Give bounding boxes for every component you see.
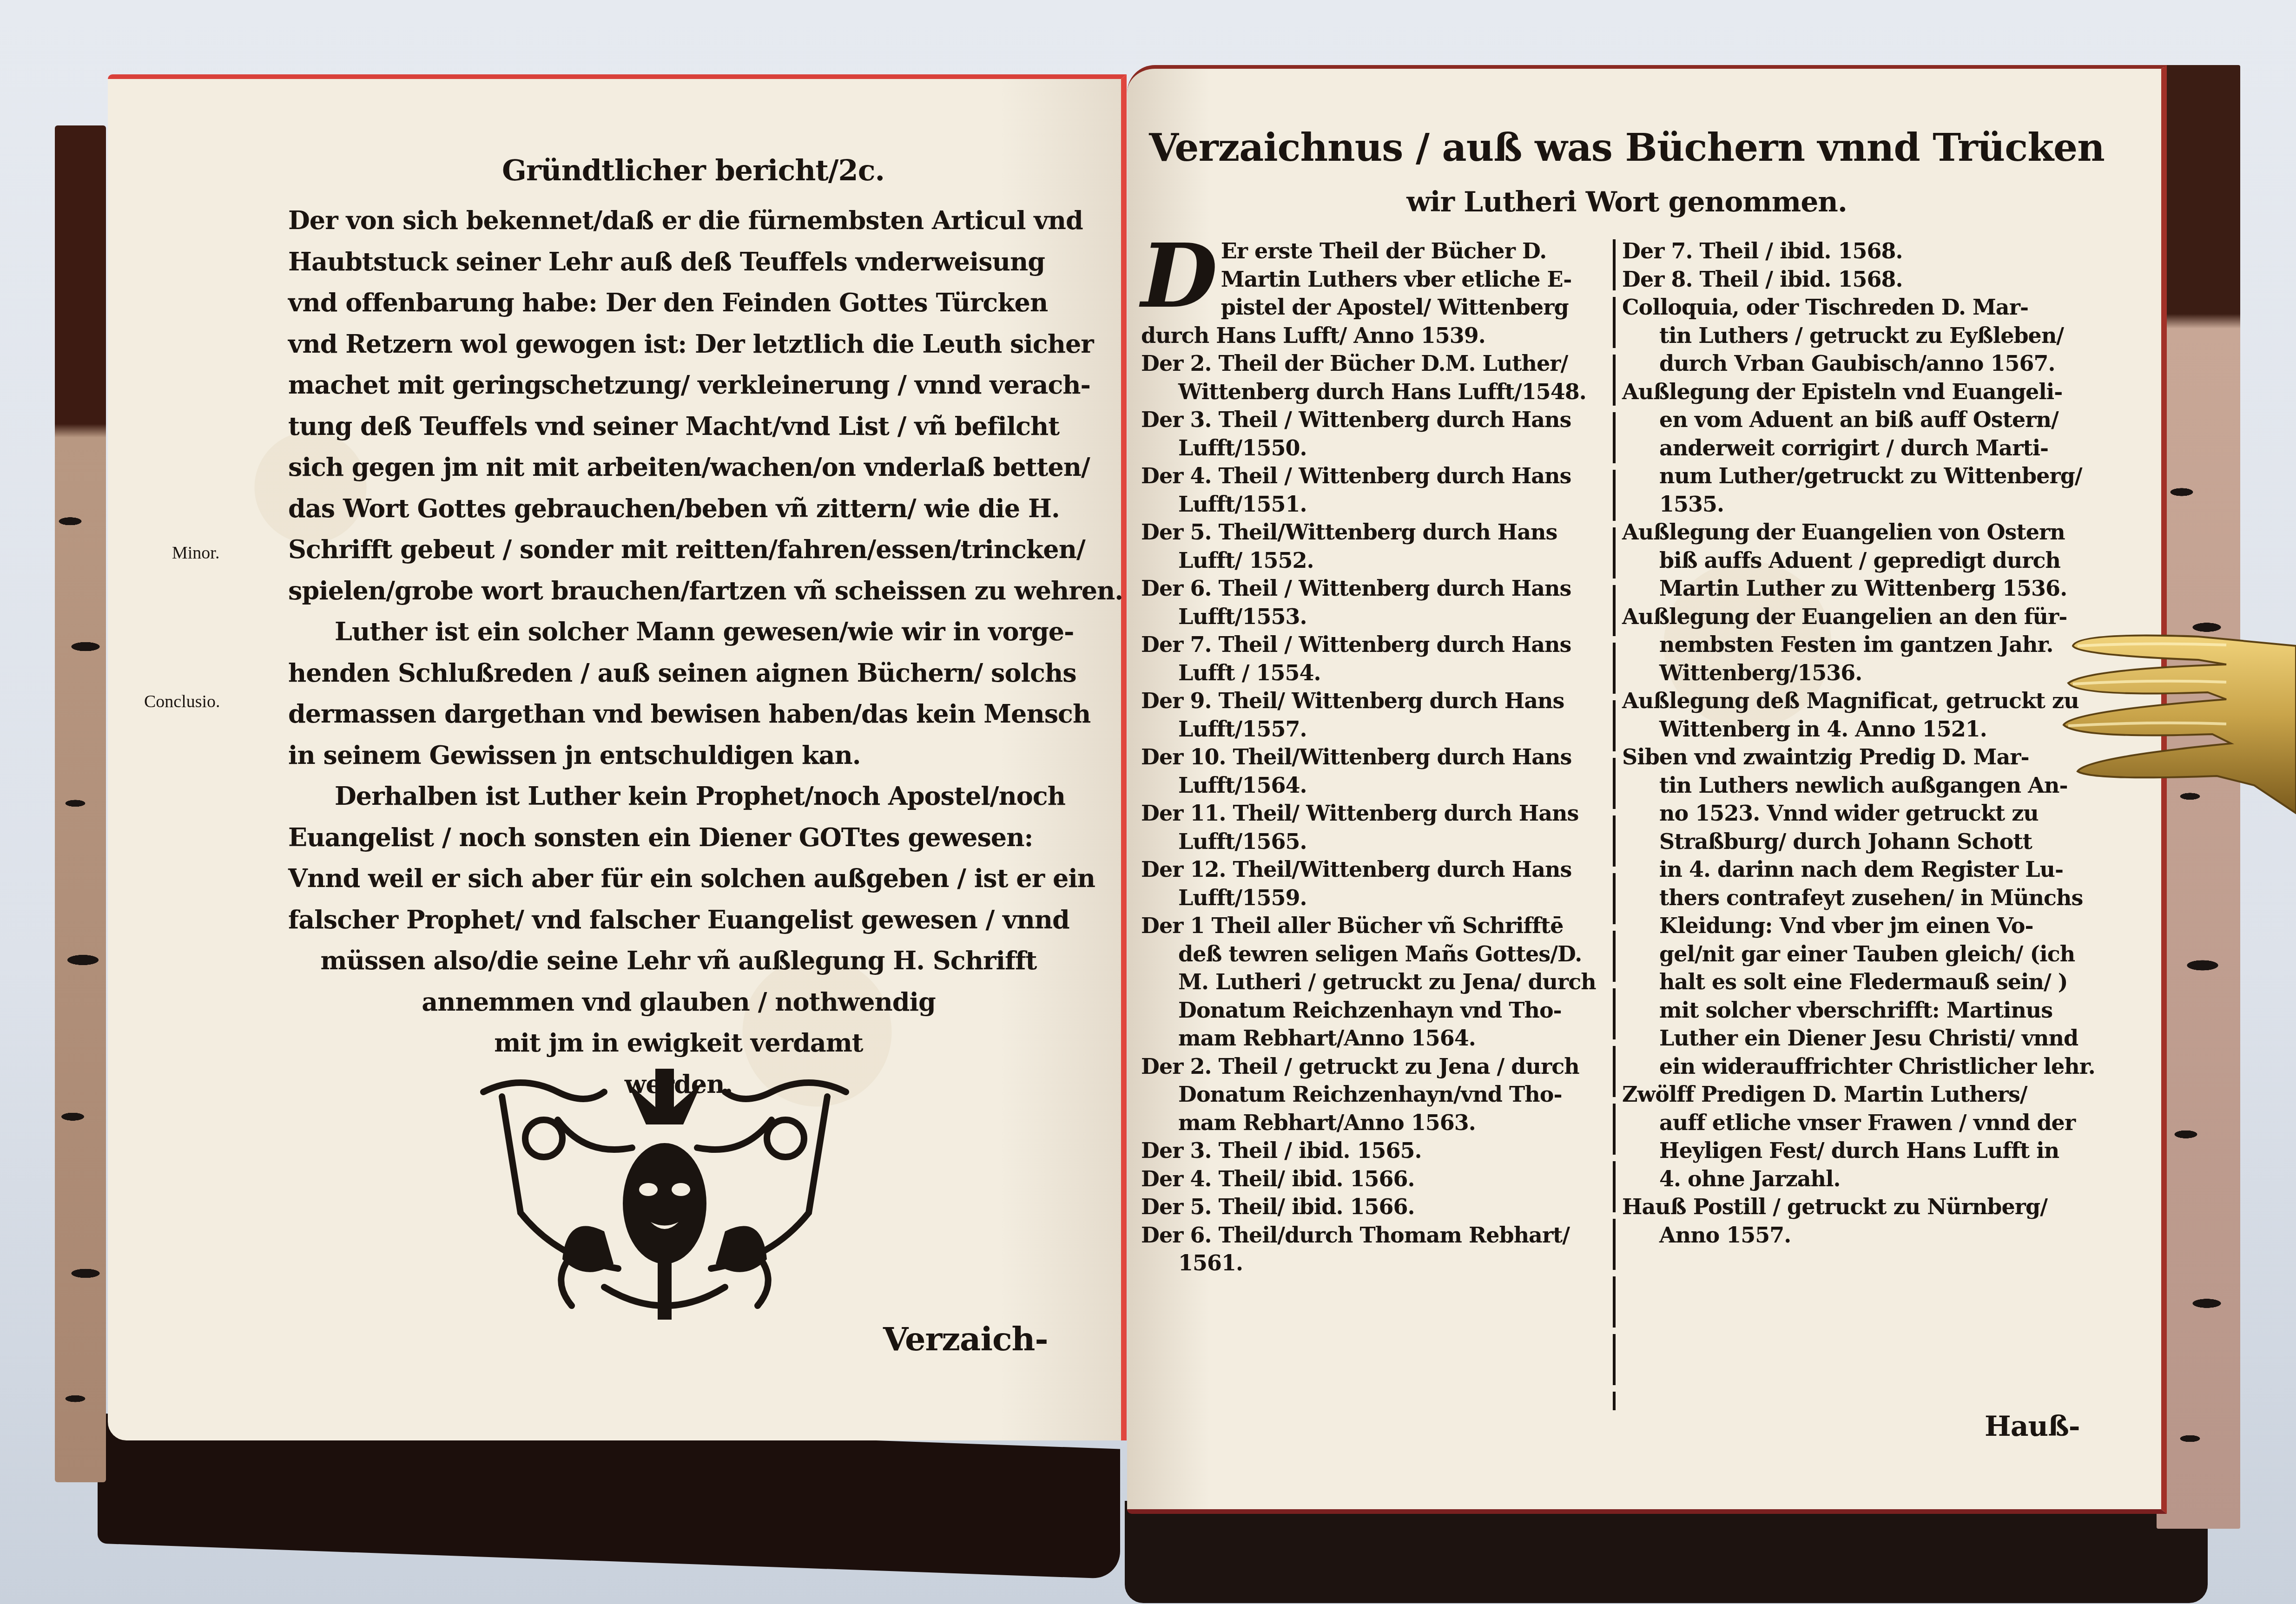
entry-line: Der 5. Theil/Wittenberg durch Hans xyxy=(1141,518,1610,546)
column-rule xyxy=(1613,239,1616,1410)
entry-line: M. Lutheri / getruckt zu Jena/ durch xyxy=(1141,968,1610,996)
entry-line: Außlegung der Episteln vnd Euangeli- xyxy=(1622,378,2105,406)
text-line: falscher Prophet/ vnd falscher Euangelis… xyxy=(288,899,1069,940)
bibliography-entry: Der 6. Theil / Wittenberg durch Hans Luf… xyxy=(1141,574,1610,631)
bibliography-entry: D Er erste Theil der Bücher D. Martin Lu… xyxy=(1141,237,1610,349)
text-line: spielen/grobe wort brauchen/fartzen vñ s… xyxy=(288,570,1069,611)
text-line: Vnnd weil er sich aber für ein solchen a… xyxy=(288,858,1069,899)
entry-line: 1535. xyxy=(1622,490,2105,519)
bibliography-entry: Zwölff Predigen D. Martin Luthers/ auff … xyxy=(1622,1080,2105,1193)
bibliography-entry: Der 5. Theil/ ibid. 1566. xyxy=(1141,1193,1610,1221)
entry-line: Lufft/1564. xyxy=(1141,771,1610,800)
entry-line: Der 12. Theil/Wittenberg durch Hans xyxy=(1141,855,1610,884)
bibliography-entry: Der 12. Theil/Wittenberg durch Hans Luff… xyxy=(1141,855,1610,912)
bibliography-entry: Der 7. Theil / ibid. 1568. xyxy=(1622,237,2105,265)
entry-line: Der 6. Theil/durch Thomam Rebhart/ xyxy=(1141,1221,1610,1249)
entry-line: en vom Aduent an biß auff Ostern/ xyxy=(1622,406,2105,434)
entry-line: Der 2. Theil / getruckt zu Jena / durch xyxy=(1141,1052,1610,1081)
bibliography-entry: Siben vnd zwaintzig Predig D. Mar- tin L… xyxy=(1622,743,2105,1080)
text-line: Luther ist ein solcher Mann gewesen/wie … xyxy=(288,611,1069,652)
entry-line: mit solcher vberschrifft: Martinus xyxy=(1622,996,2105,1025)
text-line: tung deß Teuffels vnd seiner Macht/vnd L… xyxy=(288,406,1069,447)
text-line: mit jm in ewigkeit verdamt xyxy=(288,1022,1069,1064)
text-line: vnd offenbarung habe: Der den Feinden Go… xyxy=(288,282,1069,323)
entry-line: Kleidung: Vnd vber jm einen Vo- xyxy=(1622,912,2105,940)
entry-line: Zwölff Predigen D. Martin Luthers/ xyxy=(1622,1080,2105,1109)
entry-line: tin Luthers newlich außgangen An- xyxy=(1622,771,2105,800)
entry-line: Heyligen Fest/ durch Hans Lufft in xyxy=(1622,1137,2105,1165)
entry-line: mam Rebhart/Anno 1563. xyxy=(1141,1109,1610,1137)
entry-line: Hauß Postill / getruckt zu Nürnberg/ xyxy=(1622,1193,2105,1221)
entry-line: Der 2. Theil der Bücher D.M. Luther/ xyxy=(1141,349,1610,378)
entry-line: Außlegung der Euangelien von Ostern xyxy=(1622,518,2105,546)
entry-line: Lufft/ 1552. xyxy=(1141,546,1610,575)
entry-line: Der 9. Theil/ Wittenberg durch Hans xyxy=(1141,687,1610,715)
entry-line: Der 10. Theil/Wittenberg durch Hans xyxy=(1141,743,1610,771)
entry-line: nembsten Festen im gantzen Jahr. xyxy=(1622,631,2105,659)
bibliography-entry: Außlegung der Episteln vnd Euangeli- en … xyxy=(1622,378,2105,519)
entry-line: deß tewren seligen Mañs Gottes/D. xyxy=(1141,940,1610,968)
bibliography-entry: Hauß Postill / getruckt zu Nürnberg/ Ann… xyxy=(1622,1193,2105,1249)
entry-line: halt es solt eine Fledermauß sein/ ) xyxy=(1622,968,2105,996)
entry-line: Lufft/1553. xyxy=(1141,603,1610,631)
text-line: sich gegen jm nit mit arbeiten/wachen/on… xyxy=(288,447,1069,488)
bibliography-entry: Der 7. Theil / Wittenberg durch Hans Luf… xyxy=(1141,631,1610,687)
entry-line: Der 11. Theil/ Wittenberg durch Hans xyxy=(1141,799,1610,828)
entry-line: in 4. darinn nach dem Register Lu- xyxy=(1622,855,2105,884)
entry-line: gel/nit gar einer Tauben gleich/ (ich xyxy=(1622,940,2105,968)
entry-line: durch Hans Lufft/ Anno 1539. xyxy=(1141,322,1610,350)
bibliography-entry: Der 4. Theil/ ibid. 1566. xyxy=(1141,1165,1610,1193)
book-cover-left xyxy=(55,125,106,1482)
entry-line: num Luther/getruckt zu Wittenberg/ xyxy=(1622,462,2105,490)
bibliography-entry: Außlegung der Euangelien an den für- nem… xyxy=(1622,603,2105,687)
entry-line: thers contrafeyt zusehen/ in Münchs xyxy=(1622,884,2105,912)
entry-line: Wittenberg durch Hans Lufft/1548. xyxy=(1141,378,1610,406)
entry-line: Der 4. Theil/ ibid. 1566. xyxy=(1141,1165,1610,1193)
bibliography-entry: Außlegung der Euangelien von Ostern biß … xyxy=(1622,518,2105,603)
entry-line: Anno 1557. xyxy=(1622,1221,2105,1249)
bibliography-entry: Der 4. Theil / Wittenberg durch Hans Luf… xyxy=(1141,462,1610,518)
entry-line: biß auffs Aduent / gepredigt durch xyxy=(1622,546,2105,575)
book-shadow-right xyxy=(1125,1501,2208,1603)
bibliography-entry: Der 8. Theil / ibid. 1568. xyxy=(1622,265,2105,294)
entry-line: Der 6. Theil / Wittenberg durch Hans xyxy=(1141,574,1610,603)
entry-line: Donatum Reichzenhayn/vnd Tho- xyxy=(1141,1080,1610,1109)
text-line: Haubtstuck seiner Lehr auß deß Teuffels … xyxy=(288,241,1069,283)
entry-line: Lufft/1557. xyxy=(1141,715,1610,743)
left-catchword: Verzaich- xyxy=(883,1320,1048,1358)
entry-line: 1561. xyxy=(1141,1249,1610,1277)
bibliography-entry: Colloquia, oder Tischreden D. Mar- tin L… xyxy=(1622,293,2105,378)
text-line: Derhalben ist Luther kein Prophet/noch A… xyxy=(288,776,1069,817)
entry-line: Donatum Reichzenhayn vnd Tho- xyxy=(1141,996,1610,1025)
drop-cap-initial: D xyxy=(1141,239,1217,313)
bibliography-entry: Der 11. Theil/ Wittenberg durch Hans Luf… xyxy=(1141,799,1610,855)
entry-line: Der 3. Theil / ibid. 1565. xyxy=(1141,1137,1610,1165)
entry-line: Der 4. Theil / Wittenberg durch Hans xyxy=(1141,462,1610,490)
bibliography-entry: Der 1 Theil aller Bücher vñ Schrifftē de… xyxy=(1141,912,1610,1052)
brass-hand-page-holder-icon xyxy=(2059,618,2296,836)
entry-line: Siben vnd zwaintzig Predig D. Mar- xyxy=(1622,743,2105,771)
entry-line: Lufft/1551. xyxy=(1141,490,1610,519)
entry-line: mam Rebhart/Anno 1564. xyxy=(1141,1024,1610,1052)
text-line: machet mit geringschetzung/ verkleinerun… xyxy=(288,364,1069,406)
entry-line: durch Vrban Gaubisch/anno 1567. xyxy=(1622,349,2105,378)
text-line: Euangelist / noch sonsten ein Diener GOT… xyxy=(288,817,1069,858)
entry-line: Der 8. Theil / ibid. 1568. xyxy=(1622,265,2105,294)
entry-line: auff etliche vnser Frawen / vnnd der xyxy=(1622,1109,2105,1137)
margin-note-minor: Minor. xyxy=(172,543,219,563)
entry-line: Lufft/1565. xyxy=(1141,828,1610,856)
entry-line: Außlegung deß Magnificat, getruckt zu xyxy=(1622,687,2105,715)
entry-line: no 1523. Vnnd wider getruckt zu xyxy=(1622,799,2105,828)
entry-line: Wittenberg/1536. xyxy=(1622,659,2105,687)
bibliography-entry: Außlegung deß Magnificat, getruckt zu Wi… xyxy=(1622,687,2105,743)
entry-line: Der 7. Theil / ibid. 1568. xyxy=(1622,237,2105,265)
bibliography-column-left: D Er erste Theil der Bücher D. Martin Lu… xyxy=(1141,237,1610,1277)
text-line: müssen also/die seine Lehr vñ außlegung … xyxy=(288,940,1069,981)
right-catchword: Hauß- xyxy=(1985,1410,2080,1443)
entry-line: 4. ohne Jarzahl. xyxy=(1622,1165,2105,1193)
left-running-head: Gründtlicher bericht/2c. xyxy=(502,153,884,187)
entry-line: Lufft / 1554. xyxy=(1141,659,1610,687)
bibliography-entry: Der 3. Theil / Wittenberg durch Hans Luf… xyxy=(1141,406,1610,462)
entry-line: Der 3. Theil / Wittenberg durch Hans xyxy=(1141,406,1610,434)
text-line: Der von sich bekennet/daß er die fürnemb… xyxy=(288,200,1069,241)
bibliography-entry: Der 10. Theil/Wittenberg durch Hans Luff… xyxy=(1141,743,1610,799)
text-line: vnd Retzern wol gewogen ist: Der letztli… xyxy=(288,323,1069,365)
entry-line: Lufft/1559. xyxy=(1141,884,1610,912)
bibliography-entry: Der 3. Theil / ibid. 1565. xyxy=(1141,1137,1610,1165)
bibliography-entry: Der 9. Theil/ Wittenberg durch Hans Luff… xyxy=(1141,687,1610,743)
bibliography-entry: Der 2. Theil der Bücher D.M. Luther/ Wit… xyxy=(1141,349,1610,406)
entry-line: Colloquia, oder Tischreden D. Mar- xyxy=(1622,293,2105,322)
entry-line: Außlegung der Euangelien an den für- xyxy=(1622,603,2105,631)
right-page-title: Verzaichnus / auß was Büchern vnnd Trück… xyxy=(1148,125,2105,170)
woodcut-ornament-icon xyxy=(465,1064,864,1324)
text-line: das Wort Gottes gebrauchen/beben vñ zitt… xyxy=(288,488,1069,529)
text-line: annemmen vnd glauben / nothwendig xyxy=(288,981,1069,1023)
entry-line: Wittenberg in 4. Anno 1521. xyxy=(1622,715,2105,743)
text-line: Schrifft gebeut / sonder mit reitten/fah… xyxy=(288,529,1069,570)
bibliography-column-right: Der 7. Theil / ibid. 1568. Der 8. Theil … xyxy=(1622,237,2105,1249)
bibliography-entry: Der 5. Theil/Wittenberg durch Hans Lufft… xyxy=(1141,518,1610,574)
text-line: dermassen dargethan vnd bewisen haben/da… xyxy=(288,693,1069,735)
entry-line: Straßburg/ durch Johann Schott xyxy=(1622,828,2105,856)
entry-line: tin Luthers / getruckt zu Eyßleben/ xyxy=(1622,322,2105,350)
right-page-subtitle: wir Lutheri Wort genommen. xyxy=(1148,186,2105,218)
text-line: in seinem Gewissen jn entschuldigen kan. xyxy=(288,735,1069,776)
text-line: henden Schlußreden / auß seinen aignen B… xyxy=(288,652,1069,694)
bibliography-entry: Der 2. Theil / getruckt zu Jena / durch … xyxy=(1141,1052,1610,1137)
entry-line: ein widerauffrichter Christlicher lehr. xyxy=(1622,1052,2105,1081)
entry-line: anderweit corrigirt / durch Marti- xyxy=(1622,434,2105,462)
bibliography-entry: Der 6. Theil/durch Thomam Rebhart/ 1561. xyxy=(1141,1221,1610,1277)
entry-line: Martin Luther zu Wittenberg 1536. xyxy=(1622,574,2105,603)
left-page-body: Der von sich bekennet/daß er die fürnemb… xyxy=(288,200,1069,1104)
entry-line: Luther ein Diener Jesu Christi/ vnnd xyxy=(1622,1024,2105,1052)
entry-line: Lufft/1550. xyxy=(1141,434,1610,462)
entry-line: Der 7. Theil / Wittenberg durch Hans xyxy=(1141,631,1610,659)
entry-line: Der 1 Theil aller Bücher vñ Schrifftē xyxy=(1141,912,1610,940)
margin-note-conclusio: Conclusio. xyxy=(144,691,220,712)
entry-line: Der 5. Theil/ ibid. 1566. xyxy=(1141,1193,1610,1221)
